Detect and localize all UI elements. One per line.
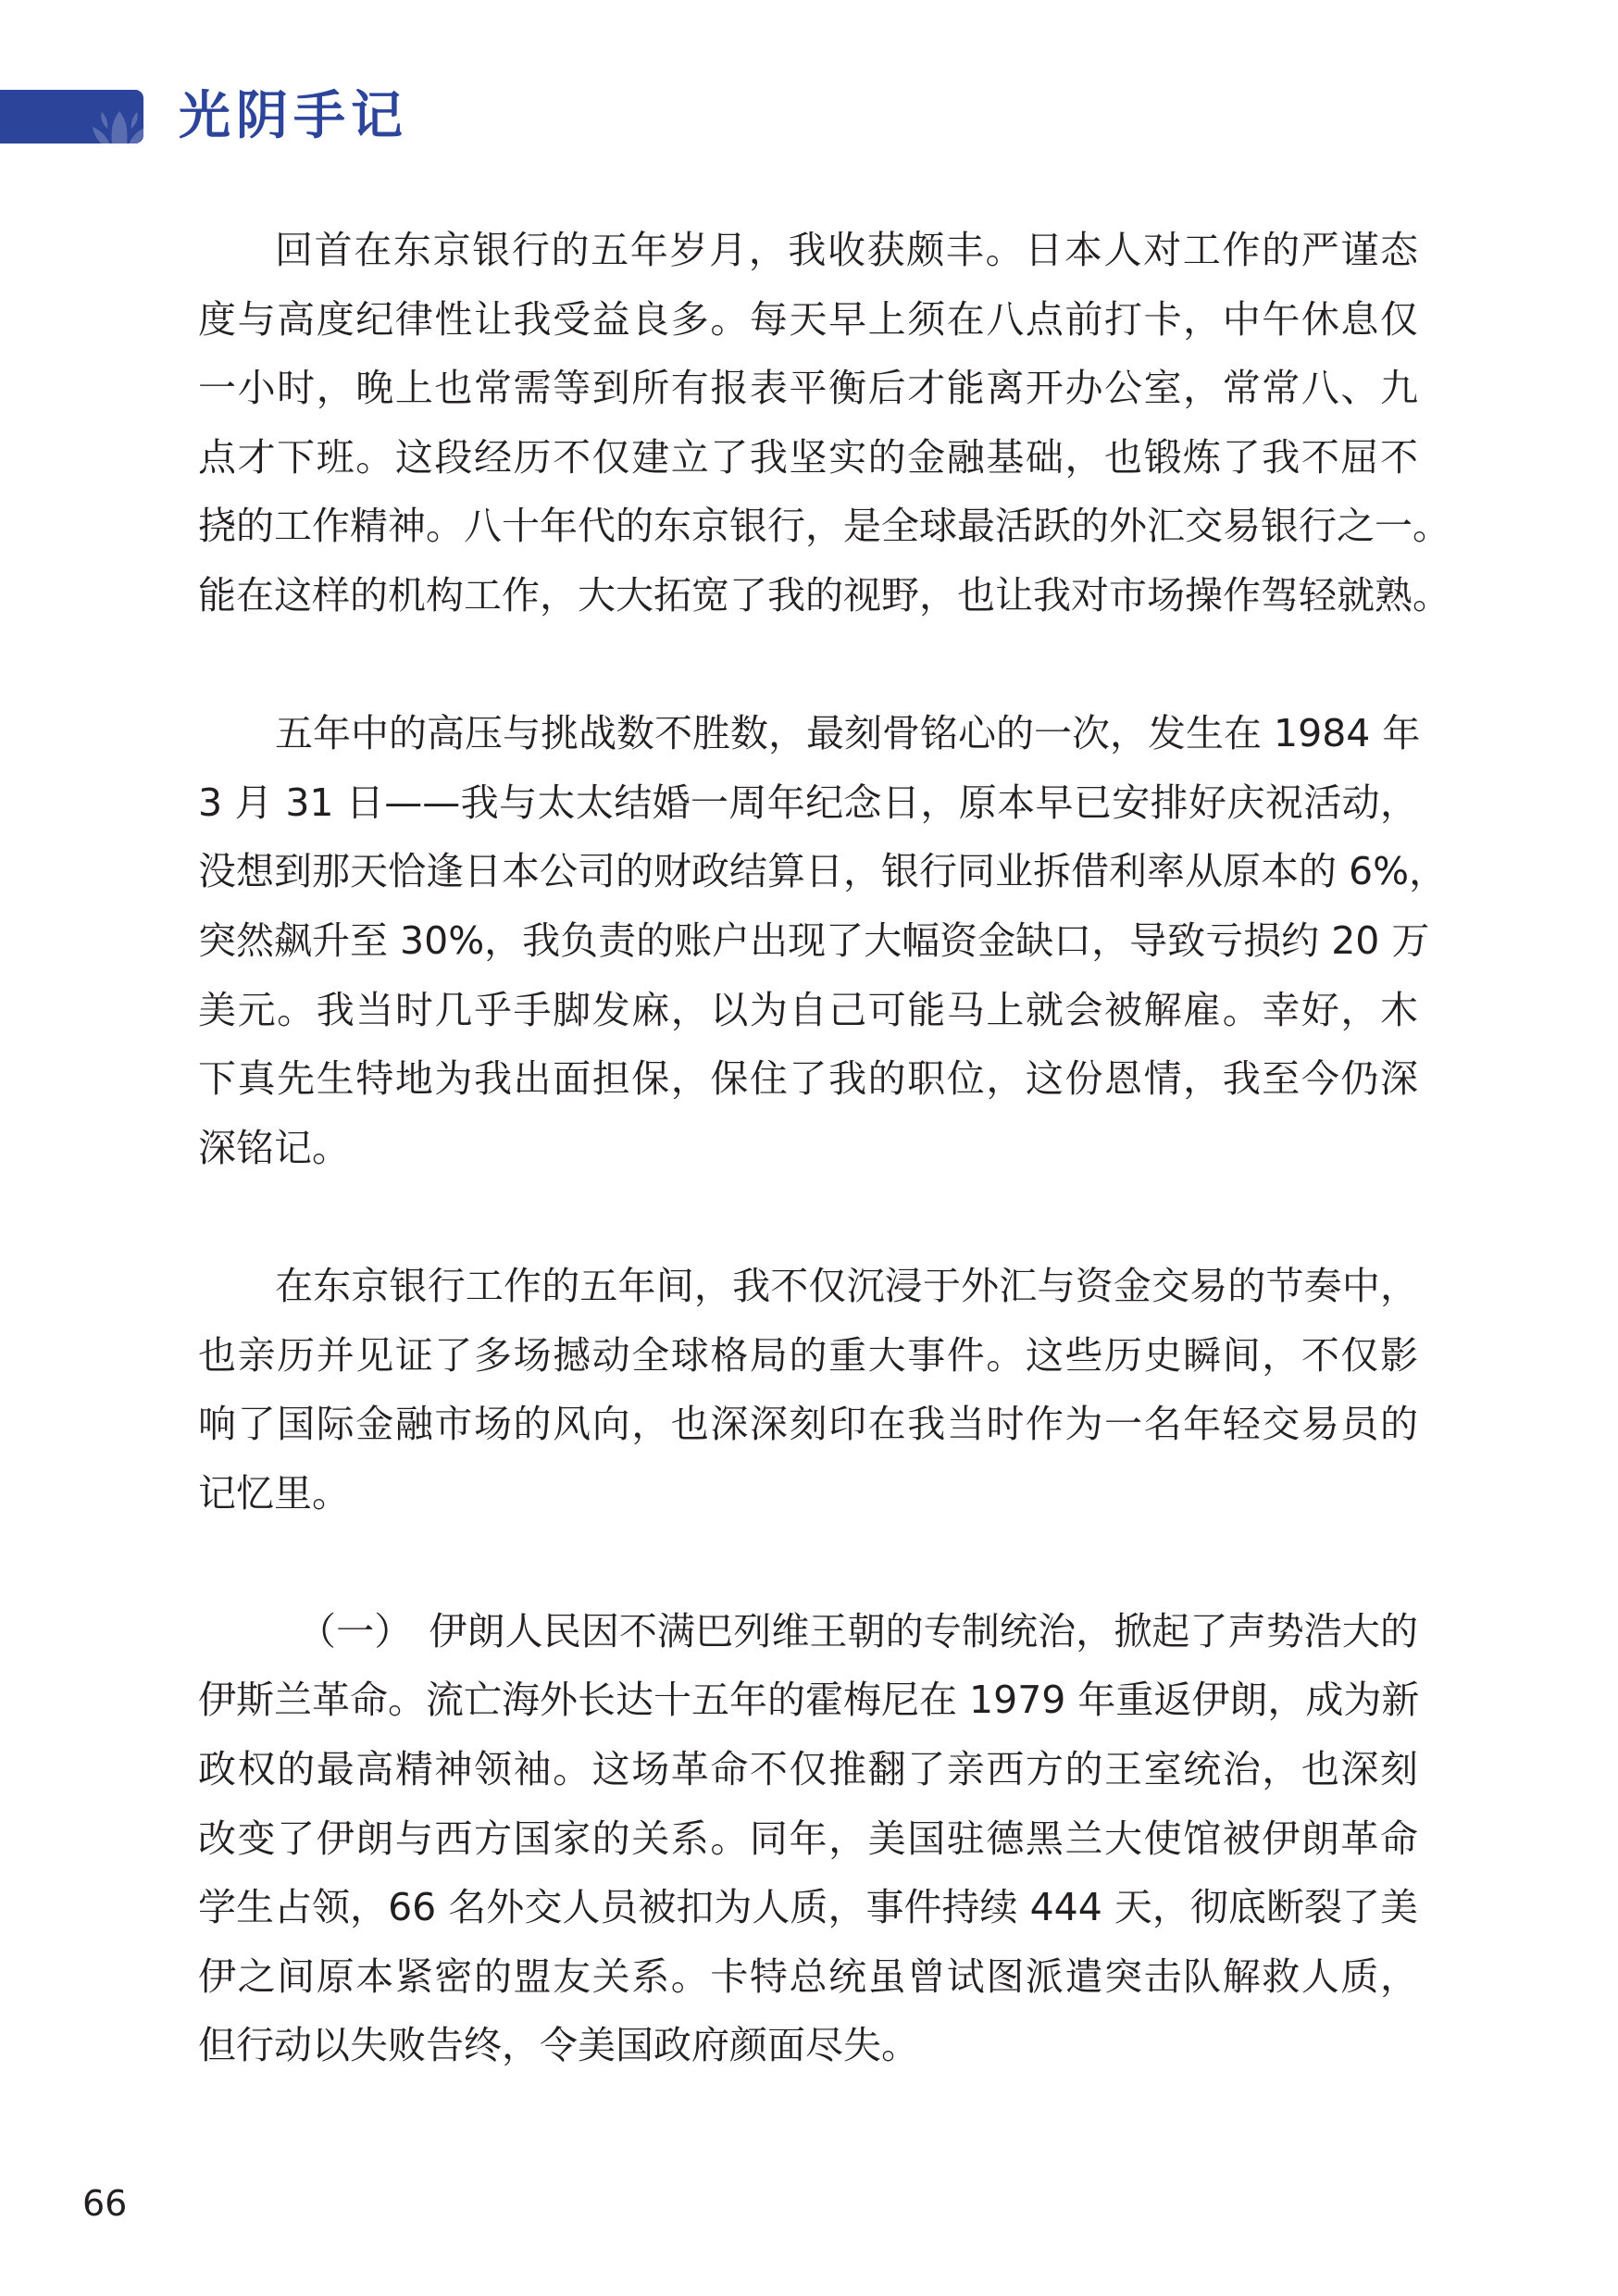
text-line: 伊斯兰革命。流亡海外长达十五年的霍梅尼在 1979 年重返伊朗，成为新 — [198, 1666, 1418, 1735]
text-line: 能在这样的机构工作，大大拓宽了我的视野，也让我对市场操作驾轻就熟。 — [198, 561, 1418, 630]
text-line: 一小时，晚上也常需等到所有报表平衡后才能离开办公室，常常八、九 — [198, 354, 1418, 423]
book-title: 光阴手记 — [179, 87, 408, 146]
lotus-icon — [91, 105, 143, 143]
list-item-text: 伊朗人民因不满巴列维王朝的专制统治，掀起了声势浩大的 — [429, 1609, 1418, 1653]
text-line: 学生占领，66 名外交人员被扣为人质，事件持续 444 天，彻底断裂了美 — [198, 1873, 1418, 1942]
text-line: 没想到那天恰逢日本公司的财政结算日，银行同业拆借利率从原本的 6%， — [198, 837, 1418, 906]
text-line: 在东京银行工作的五年间，我不仅沉浸于外汇与资金交易的节奏中， — [198, 1252, 1418, 1321]
page-number: 66 — [82, 2181, 127, 2226]
paragraph-4: （一）伊朗人民因不满巴列维王朝的专制统治，掀起了声势浩大的 伊斯兰革命。流亡海外… — [198, 1597, 1418, 2080]
list-marker: （一） — [298, 1609, 412, 1653]
article-body: 回首在东京银行的五年岁月，我收获颇丰。日本人对工作的严谨态 度与高度纪律性让我受… — [198, 216, 1418, 2150]
paragraph-1: 回首在东京银行的五年岁月，我收获颇丰。日本人对工作的严谨态 度与高度纪律性让我受… — [198, 216, 1418, 630]
text-line: 3 月 31 日——我与太太结婚一周年纪念日，原本早已安排好庆祝活动， — [198, 768, 1418, 838]
text-line: 美元。我当时几乎手脚发麻，以为自己可能马上就会被解雇。幸好，木 — [198, 976, 1418, 1045]
text-line: 突然飙升至 30%，我负责的账户出现了大幅资金缺口，导致亏损约 20 万 — [198, 906, 1418, 976]
text-line: 点才下班。这段经历不仅建立了我坚实的金融基础，也锻炼了我不屈不 — [198, 423, 1418, 493]
text-line: 下真先生特地为我出面担保，保住了我的职位，这份恩情，我至今仍深 — [198, 1044, 1418, 1114]
text-line: 伊之间原本紧密的盟友关系。卡特总统虽曾试图派遣突击队解救人质， — [198, 1942, 1418, 2012]
text-line: 挠的工作精神。八十年代的东京银行，是全球最活跃的外汇交易银行之一。 — [198, 492, 1418, 561]
text-line: 五年中的高压与挑战数不胜数，最刻骨铭心的一次，发生在 1984 年 — [198, 699, 1418, 768]
text-line: （一）伊朗人民因不满巴列维王朝的专制统治，掀起了声势浩大的 — [198, 1597, 1418, 1666]
text-line: 也亲历并见证了多场撼动全球格局的重大事件。这些历史瞬间，不仅影 — [198, 1321, 1418, 1391]
text-line: 响了国际金融市场的风向，也深深刻印在我当时作为一名年轻交易员的 — [198, 1390, 1418, 1459]
text-line: 回首在东京银行的五年岁月，我收获颇丰。日本人对工作的严谨态 — [198, 216, 1418, 285]
text-line: 深铭记。 — [198, 1114, 1418, 1183]
paragraph-2: 五年中的高压与挑战数不胜数，最刻骨铭心的一次，发生在 1984 年 3 月 31… — [198, 699, 1418, 1182]
paragraph-3: 在东京银行工作的五年间，我不仅沉浸于外汇与资金交易的节奏中， 也亲历并见证了多场… — [198, 1252, 1418, 1528]
text-line: 但行动以失败告终，令美国政府颜面尽失。 — [198, 2011, 1418, 2080]
header-accent-bar — [0, 90, 143, 143]
text-line: 改变了伊朗与西方国家的关系。同年，美国驻德黑兰大使馆被伊朗革命 — [198, 1804, 1418, 1874]
text-line: 记忆里。 — [198, 1459, 1418, 1529]
text-line: 政权的最高精神领袖。这场革命不仅推翻了亲西方的王室统治，也深刻 — [198, 1735, 1418, 1804]
text-line: 度与高度纪律性让我受益良多。每天早上须在八点前打卡，中午休息仅 — [198, 285, 1418, 355]
